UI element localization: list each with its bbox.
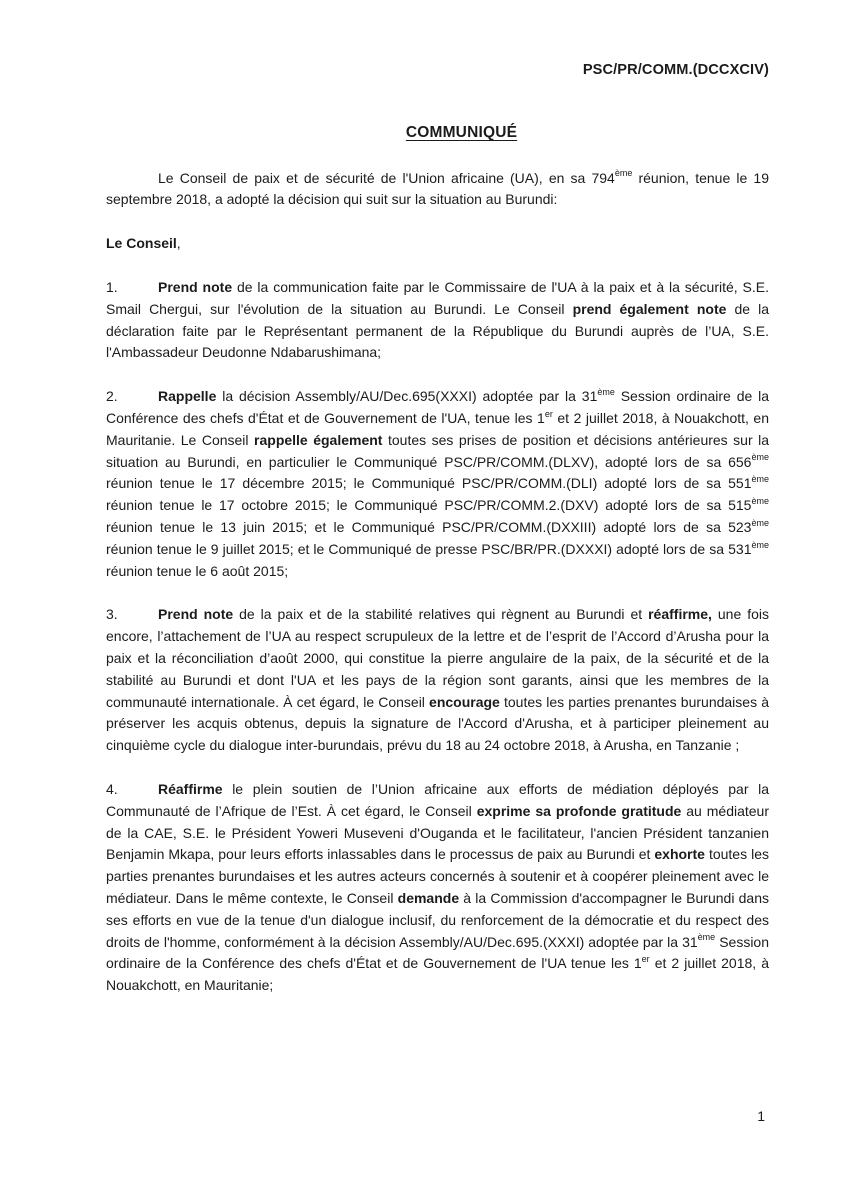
paragraph-number: 3. [106,604,158,626]
page-number: 1 [757,1106,765,1128]
document-page: PSC/PR/COMM.(DCCXCIV) COMMUNIQUÉ Le Cons… [0,0,859,1199]
numbered-paragraph-2: 2.Rappelle la décision Assembly/AU/Dec.6… [106,386,769,582]
numbered-paragraph-4: 4.Réaffirme le plein soutien de l’Union … [106,779,769,997]
paragraph-text: Prend note de la paix et de la stabilité… [106,606,769,753]
document-title: COMMUNIQUÉ [406,122,517,144]
title-row: COMMUNIQUÉ [106,122,769,144]
paragraph-text: Réaffirme le plein soutien de l’Union af… [106,781,769,993]
paragraph-number: 4. [106,779,158,801]
paragraph-text: Prend note de la communication faite par… [106,279,769,360]
paragraph-text: Rappelle la décision Assembly/AU/Dec.695… [106,388,769,578]
numbered-paragraph-1: 1.Prend note de la communication faite p… [106,277,769,364]
intro-paragraph: Le Conseil de paix et de sécurité de l'U… [106,168,769,212]
paragraph-number: 1. [106,277,158,299]
numbered-paragraph-3: 3.Prend note de la paix et de la stabili… [106,604,769,757]
salutation: Le Conseil, [106,233,769,255]
document-reference: PSC/PR/COMM.(DCCXCIV) [106,60,769,82]
paragraph-number: 2. [106,386,158,408]
